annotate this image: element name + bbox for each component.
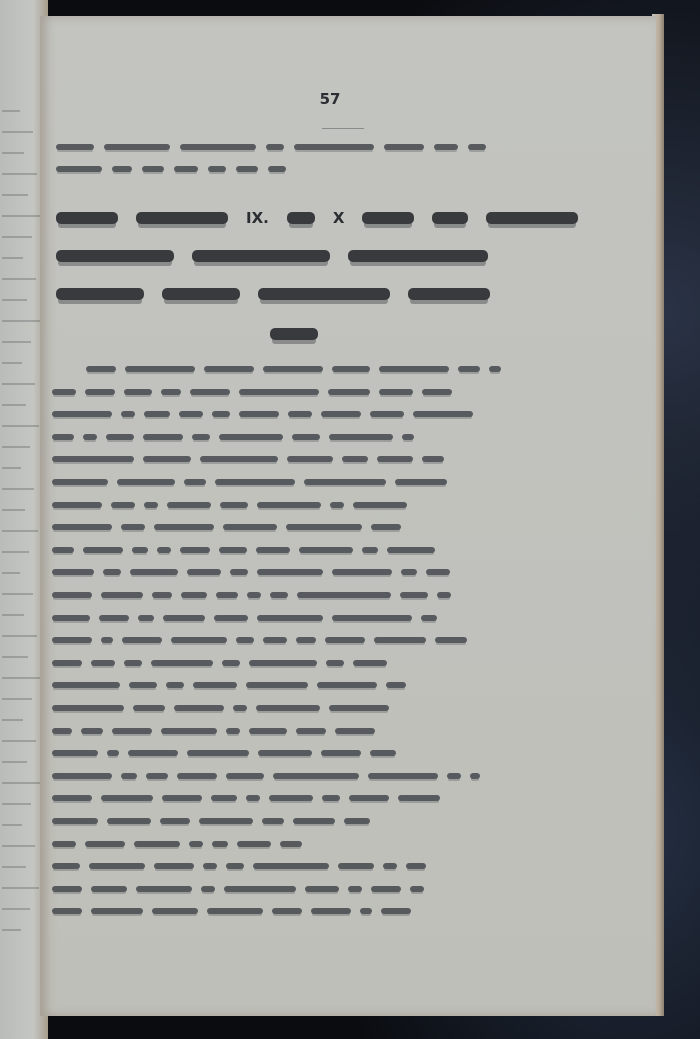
word <box>128 750 178 756</box>
heading-word <box>56 212 118 224</box>
word <box>121 411 135 417</box>
word <box>342 456 368 462</box>
word <box>304 479 386 485</box>
word <box>258 750 312 756</box>
word <box>85 389 115 395</box>
word <box>112 728 152 734</box>
word <box>447 773 461 779</box>
heading-word <box>270 328 318 340</box>
facing-page-text <box>2 740 36 742</box>
word <box>91 886 127 892</box>
word <box>52 750 98 756</box>
heading-word <box>136 212 228 224</box>
word <box>91 908 143 914</box>
word <box>152 908 198 914</box>
word <box>101 795 153 801</box>
facing-page-text <box>2 803 31 805</box>
word <box>124 389 152 395</box>
word <box>89 863 145 869</box>
word <box>426 569 450 575</box>
word <box>161 389 181 395</box>
word <box>236 637 254 643</box>
word <box>222 660 240 666</box>
word <box>226 728 240 734</box>
facing-page-text <box>2 908 30 910</box>
facing-page-text <box>2 845 35 847</box>
word <box>204 366 254 372</box>
heading-line: IX.X <box>56 204 578 232</box>
word <box>317 682 377 688</box>
word <box>406 863 426 869</box>
word <box>246 682 308 688</box>
text-line <box>52 859 426 873</box>
page-number: 57 <box>300 90 360 108</box>
word <box>257 615 323 621</box>
word <box>99 615 129 621</box>
word <box>257 502 321 508</box>
word <box>332 569 392 575</box>
text-line <box>52 385 452 399</box>
facing-page-text <box>2 887 39 889</box>
word <box>266 144 284 150</box>
word <box>395 479 447 485</box>
word <box>216 592 238 598</box>
word <box>104 144 170 150</box>
facing-page-text <box>2 530 38 532</box>
word <box>215 479 295 485</box>
word <box>374 637 426 643</box>
facing-page-text <box>2 173 37 175</box>
facing-page-text <box>2 320 40 322</box>
word <box>370 411 404 417</box>
word <box>330 502 344 508</box>
heading-word <box>56 250 174 262</box>
word <box>383 863 397 869</box>
text-line <box>52 701 389 715</box>
word <box>360 908 372 914</box>
word <box>81 728 103 734</box>
word <box>133 705 165 711</box>
word <box>107 818 151 824</box>
text-line <box>52 791 440 805</box>
word <box>410 886 424 892</box>
word <box>207 908 263 914</box>
word <box>286 524 362 530</box>
word <box>370 750 396 756</box>
text-line <box>52 814 370 828</box>
word <box>52 411 112 417</box>
word <box>52 795 92 801</box>
word <box>321 411 361 417</box>
word <box>146 773 168 779</box>
word <box>269 795 313 801</box>
word <box>162 795 202 801</box>
word <box>129 682 157 688</box>
word <box>263 366 323 372</box>
facing-page-text <box>2 551 29 553</box>
heading-word <box>258 288 390 300</box>
facing-page-text <box>2 572 20 574</box>
word <box>338 863 374 869</box>
word <box>179 411 203 417</box>
facing-page-text <box>2 131 33 133</box>
facing-page-text <box>2 509 25 511</box>
word <box>263 637 287 643</box>
heading-line <box>56 280 490 308</box>
heading-word <box>192 250 330 262</box>
word <box>268 166 286 172</box>
text-line <box>52 656 387 670</box>
word <box>353 660 387 666</box>
facing-page-text <box>2 404 26 406</box>
word <box>237 841 271 847</box>
facing-page-text <box>2 215 41 217</box>
word <box>143 434 183 440</box>
text-line <box>52 588 451 602</box>
word <box>189 841 203 847</box>
facing-page-text <box>2 278 36 280</box>
word <box>272 908 302 914</box>
word <box>52 841 76 847</box>
facing-page-text <box>2 761 27 763</box>
word <box>226 773 264 779</box>
word <box>144 411 170 417</box>
word <box>379 389 413 395</box>
word <box>224 886 296 892</box>
facing-page-text <box>2 257 23 259</box>
facing-page-text <box>2 425 39 427</box>
word <box>52 502 102 508</box>
facing-page-text <box>2 236 32 238</box>
word <box>435 637 467 643</box>
word <box>144 502 158 508</box>
word <box>348 886 362 892</box>
word <box>193 682 237 688</box>
word <box>299 547 353 553</box>
word <box>101 592 143 598</box>
word <box>201 886 215 892</box>
word <box>52 908 82 914</box>
word <box>470 773 480 779</box>
word <box>296 728 326 734</box>
facing-page-text <box>2 614 24 616</box>
word <box>101 637 113 643</box>
word <box>52 637 92 643</box>
heading-word <box>486 212 578 224</box>
facing-page-text <box>2 467 21 469</box>
word <box>52 569 94 575</box>
word <box>122 637 162 643</box>
word <box>106 434 134 440</box>
word <box>111 502 135 508</box>
word <box>184 479 206 485</box>
heading-word <box>348 250 488 262</box>
word <box>52 389 76 395</box>
word <box>85 841 125 847</box>
word <box>52 456 134 462</box>
word <box>154 524 214 530</box>
word <box>219 434 283 440</box>
word <box>249 660 317 666</box>
word <box>52 524 112 530</box>
word <box>256 547 290 553</box>
word <box>166 682 184 688</box>
word <box>249 728 287 734</box>
word <box>203 863 217 869</box>
word <box>371 524 401 530</box>
word <box>233 705 247 711</box>
text-line <box>52 520 401 534</box>
word <box>296 637 316 643</box>
word <box>293 818 335 824</box>
word <box>349 795 389 801</box>
word <box>329 705 389 711</box>
word <box>371 886 401 892</box>
facing-page-text <box>2 299 27 301</box>
facing-page-text <box>2 152 24 154</box>
word <box>332 366 370 372</box>
word <box>434 144 458 150</box>
facing-page-text <box>2 824 22 826</box>
word <box>262 818 284 824</box>
word <box>273 773 359 779</box>
word <box>190 389 230 395</box>
word <box>458 366 480 372</box>
word <box>379 366 449 372</box>
facing-page-text <box>2 362 22 364</box>
text-line <box>52 882 424 896</box>
word <box>200 456 278 462</box>
text-line <box>52 407 473 421</box>
word <box>151 660 213 666</box>
word <box>362 547 378 553</box>
heading-word <box>56 288 144 300</box>
word <box>208 166 226 172</box>
word <box>52 547 74 553</box>
facing-page-text <box>2 446 30 448</box>
word <box>117 479 175 485</box>
heading-numeral: IX. <box>246 209 269 227</box>
text-line <box>56 162 286 176</box>
word <box>174 166 198 172</box>
word <box>121 524 145 530</box>
text-line <box>56 140 486 154</box>
word <box>52 863 80 869</box>
text-line <box>52 543 435 557</box>
facing-page-text <box>2 593 33 595</box>
word <box>142 166 164 172</box>
word <box>157 547 171 553</box>
word <box>83 434 97 440</box>
text-line <box>52 565 450 579</box>
word <box>253 863 329 869</box>
facing-page-text <box>2 719 23 721</box>
word <box>167 502 211 508</box>
word <box>91 660 115 666</box>
word <box>192 434 210 440</box>
word <box>332 615 412 621</box>
word <box>52 682 120 688</box>
word <box>398 795 440 801</box>
word <box>152 592 172 598</box>
facing-page-text <box>2 341 31 343</box>
word <box>124 660 142 666</box>
word <box>52 818 98 824</box>
word <box>161 728 217 734</box>
facing-page-text <box>2 635 37 637</box>
word <box>187 750 249 756</box>
word <box>328 389 370 395</box>
word <box>292 434 320 440</box>
word <box>177 773 217 779</box>
word <box>230 569 248 575</box>
word <box>297 592 391 598</box>
word <box>52 615 90 621</box>
word <box>181 592 207 598</box>
word <box>180 144 256 150</box>
word <box>437 592 451 598</box>
page-number-rule <box>322 128 364 129</box>
word <box>226 863 244 869</box>
word <box>270 592 288 598</box>
word <box>256 705 320 711</box>
word <box>236 166 258 172</box>
word <box>257 569 323 575</box>
word <box>387 547 435 553</box>
facing-page-text <box>2 929 21 931</box>
word <box>52 592 92 598</box>
word <box>107 750 119 756</box>
word <box>220 502 248 508</box>
word <box>468 144 486 150</box>
word <box>239 389 319 395</box>
word <box>325 637 365 643</box>
word <box>52 886 82 892</box>
word <box>368 773 438 779</box>
word <box>381 908 411 914</box>
word <box>160 818 190 824</box>
word <box>280 841 302 847</box>
word <box>246 795 260 801</box>
facing-page-text <box>2 866 26 868</box>
word <box>402 434 414 440</box>
word <box>287 456 333 462</box>
word <box>329 434 393 440</box>
word <box>294 144 374 150</box>
facing-page-text <box>2 656 28 658</box>
word <box>52 479 108 485</box>
facing-page-text <box>2 110 20 112</box>
word <box>56 166 102 172</box>
word <box>326 660 344 666</box>
word <box>134 841 180 847</box>
heading-word <box>162 288 240 300</box>
text-line <box>52 475 447 489</box>
word <box>52 660 82 666</box>
word <box>132 547 148 553</box>
word <box>103 569 121 575</box>
word <box>353 502 407 508</box>
word <box>52 773 112 779</box>
word <box>52 705 124 711</box>
word <box>138 615 154 621</box>
word <box>180 547 210 553</box>
facing-page-text <box>2 677 41 679</box>
word <box>130 569 178 575</box>
word <box>199 818 253 824</box>
word <box>83 547 123 553</box>
text-line <box>52 724 375 738</box>
word <box>125 366 195 372</box>
facing-page-text <box>2 383 35 385</box>
text-line <box>52 837 302 851</box>
text-line <box>52 769 480 783</box>
text-line <box>52 498 407 512</box>
heading-word <box>408 288 490 300</box>
text-line <box>52 430 414 444</box>
word <box>52 434 74 440</box>
word <box>321 750 361 756</box>
word <box>223 524 277 530</box>
text-line <box>86 362 501 376</box>
word <box>171 637 227 643</box>
word <box>322 795 340 801</box>
heading-word <box>287 212 315 224</box>
text-line <box>52 633 467 647</box>
word <box>86 366 116 372</box>
word <box>56 144 94 150</box>
word <box>112 166 132 172</box>
word <box>335 728 375 734</box>
word <box>247 592 261 598</box>
word <box>288 411 312 417</box>
heading-word <box>432 212 468 224</box>
facing-page-text <box>2 194 28 196</box>
word <box>239 411 279 417</box>
word <box>154 863 194 869</box>
facing-page-text <box>2 488 34 490</box>
text-line <box>52 678 406 692</box>
word <box>384 144 424 150</box>
word <box>136 886 192 892</box>
word <box>386 682 406 688</box>
word <box>212 411 230 417</box>
word <box>422 389 452 395</box>
word <box>421 615 437 621</box>
word <box>413 411 473 417</box>
heading-line <box>56 242 488 270</box>
word <box>211 795 237 801</box>
text-line <box>52 611 437 625</box>
word <box>174 705 224 711</box>
word <box>422 456 444 462</box>
facing-page-text <box>2 698 32 700</box>
word <box>311 908 351 914</box>
word <box>143 456 191 462</box>
word <box>214 615 248 621</box>
heading-word <box>362 212 414 224</box>
word <box>187 569 221 575</box>
text-line <box>52 746 396 760</box>
word <box>212 841 228 847</box>
word <box>52 728 72 734</box>
word <box>219 547 247 553</box>
text-line <box>52 904 411 918</box>
book-page: 57 body text is too blurred to transcrib… <box>40 16 656 1016</box>
heading-line <box>270 320 318 348</box>
word <box>489 366 501 372</box>
word <box>400 592 428 598</box>
